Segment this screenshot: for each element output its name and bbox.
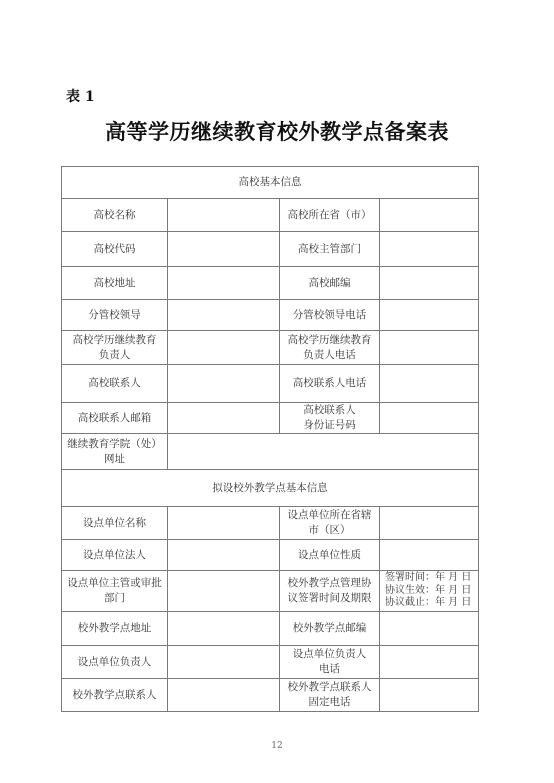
- field-label-site-head-phone: 设点单位负责人 电话: [280, 646, 380, 679]
- form-row: 设点单位名称 设点单位所在省辖 市（区）: [62, 507, 479, 540]
- field-input-university-authority[interactable]: [380, 232, 479, 267]
- field-input-site-contact-phone[interactable]: [380, 679, 479, 712]
- page-number: 12: [0, 741, 554, 751]
- form-row: 设点单位主管或审批 部门 校外教学点管理协 议签署时间及期限 签署时间：年 月 …: [62, 571, 479, 612]
- form-row: 高校地址 高校邮编: [62, 267, 479, 300]
- form-row: 高校联系人邮箱 高校联系人 身份证号码: [62, 403, 479, 434]
- field-input-site-head-phone[interactable]: [380, 646, 479, 679]
- field-input-university-name[interactable]: [168, 199, 280, 232]
- field-input-ce-head[interactable]: [168, 331, 280, 365]
- form-row: 设点单位负责人 设点单位负责人 电话: [62, 646, 479, 679]
- field-input-contact-phone[interactable]: [380, 365, 479, 403]
- field-label-university-authority: 高校主管部门: [280, 232, 380, 267]
- field-label-leader-phone: 分管校领导电话: [280, 300, 380, 331]
- field-label-leader: 分管校领导: [62, 300, 168, 331]
- field-label-site-authority: 设点单位主管或审批 部门: [62, 571, 168, 612]
- field-label-site-legal-person: 设点单位法人: [62, 540, 168, 571]
- form-row: 高校代码 高校主管部门: [62, 232, 479, 267]
- field-label-contact: 高校联系人: [62, 365, 168, 403]
- field-label-site-address: 校外教学点地址: [62, 612, 168, 646]
- field-input-agreement-dates[interactable]: 签署时间：年 月 日 协议生效：年 月 日 协议截止：年 月 日: [380, 571, 479, 612]
- field-input-site-address[interactable]: [168, 612, 280, 646]
- form-row: 高校联系人 高校联系人电话: [62, 365, 479, 403]
- field-input-site-unit-name[interactable]: [168, 507, 280, 540]
- field-label-site-unit-name: 设点单位名称: [62, 507, 168, 540]
- field-input-site-legal-person[interactable]: [168, 540, 280, 571]
- field-label-contact-phone: 高校联系人电话: [280, 365, 380, 403]
- form-row: 设点单位法人 设点单位性质: [62, 540, 479, 571]
- field-input-contact-id[interactable]: [380, 403, 479, 434]
- field-label-site-contact-phone: 校外教学点联系人 固定电话: [280, 679, 380, 712]
- field-label-university-address: 高校地址: [62, 267, 168, 300]
- field-label-ce-head-phone: 高校学历继续教育 负责人电话: [280, 331, 380, 365]
- field-label-site-postcode: 校外教学点邮编: [280, 612, 380, 646]
- field-input-website[interactable]: [168, 434, 479, 470]
- filing-form-table: 高校基本信息 高校名称 高校所在省（市） 高校代码 高校主管部门 高校地址 高校…: [61, 166, 479, 712]
- field-input-site-postcode[interactable]: [380, 612, 479, 646]
- field-input-university-postcode[interactable]: [380, 267, 479, 300]
- field-input-leader[interactable]: [168, 300, 280, 331]
- form-row: 校外教学点地址 校外教学点邮编: [62, 612, 479, 646]
- document-title: 高等学历继续教育校外教学点备案表: [0, 116, 554, 146]
- field-label-contact-id: 高校联系人 身份证号码: [280, 403, 380, 434]
- field-label-site-head: 设点单位负责人: [62, 646, 168, 679]
- field-label-university-name: 高校名称: [62, 199, 168, 232]
- form-row: 继续教育学院（处） 网址: [62, 434, 479, 470]
- field-input-university-province[interactable]: [380, 199, 479, 232]
- field-input-site-authority[interactable]: [168, 571, 280, 612]
- form-row: 分管校领导 分管校领导电话: [62, 300, 479, 331]
- field-label-website: 继续教育学院（处） 网址: [62, 434, 168, 470]
- field-label-site-contact: 校外教学点联系人: [62, 679, 168, 712]
- field-input-leader-phone[interactable]: [380, 300, 479, 331]
- field-input-university-code[interactable]: [168, 232, 280, 267]
- field-label-university-postcode: 高校邮编: [280, 267, 380, 300]
- table-number-label: 表 1: [66, 86, 95, 106]
- form-row: 高校学历继续教育 负责人 高校学历继续教育 负责人电话: [62, 331, 479, 365]
- field-label-university-code: 高校代码: [62, 232, 168, 267]
- field-label-agreement-term: 校外教学点管理协 议签署时间及期限: [280, 571, 380, 612]
- field-input-contact[interactable]: [168, 365, 280, 403]
- field-input-university-address[interactable]: [168, 267, 280, 300]
- form-row: 校外教学点联系人 校外教学点联系人 固定电话: [62, 679, 479, 712]
- field-label-university-province: 高校所在省（市）: [280, 199, 380, 232]
- field-input-site-head[interactable]: [168, 646, 280, 679]
- field-input-site-city[interactable]: [380, 507, 479, 540]
- field-label-ce-head: 高校学历继续教育 负责人: [62, 331, 168, 365]
- field-label-site-unit-type: 设点单位性质: [280, 540, 380, 571]
- field-input-site-contact[interactable]: [168, 679, 280, 712]
- form-row: 高校名称 高校所在省（市）: [62, 199, 479, 232]
- field-input-ce-head-phone[interactable]: [380, 331, 479, 365]
- field-label-site-city: 设点单位所在省辖 市（区）: [280, 507, 380, 540]
- section-header-site: 拟设校外教学点基本信息: [62, 470, 479, 507]
- field-input-site-unit-type[interactable]: [380, 540, 479, 571]
- field-input-contact-email[interactable]: [168, 403, 280, 434]
- section-header-university: 高校基本信息: [62, 167, 479, 199]
- field-label-contact-email: 高校联系人邮箱: [62, 403, 168, 434]
